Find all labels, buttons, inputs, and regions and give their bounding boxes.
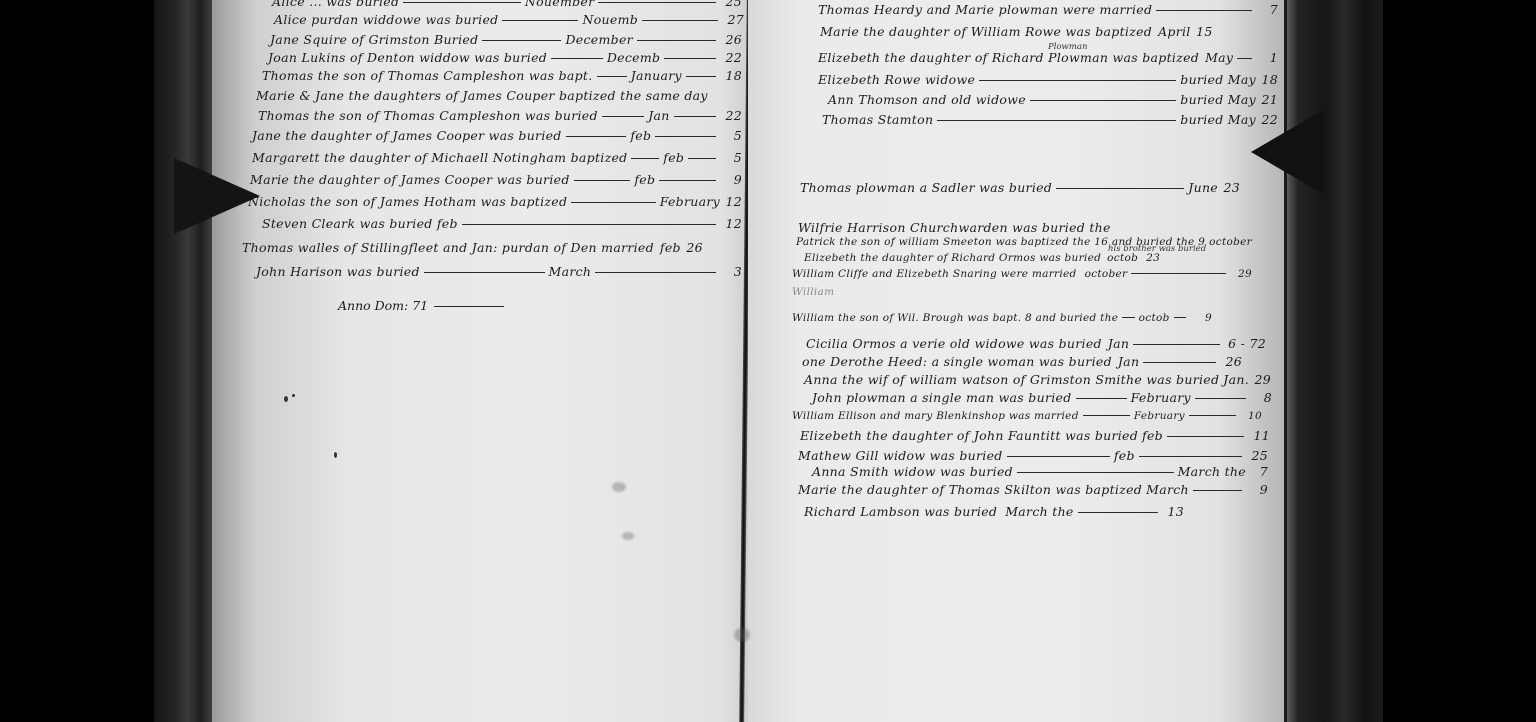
- left-clasp-shadow: [174, 158, 260, 234]
- register-entry: Elizebeth the daughter of John Fauntitt …: [800, 428, 1270, 443]
- register-entry: Thomas walles of Stillingfleet and Jan: …: [242, 240, 742, 255]
- register-entry: one Derothe Heed: a single woman was bur…: [802, 354, 1242, 369]
- register-entry: Thomas Heardy and Marie plowman were mar…: [818, 2, 1278, 17]
- register-entry: John plowman a single man was buried Feb…: [812, 390, 1272, 405]
- register-entry: Alice ... was buried Nouember 25: [272, 0, 742, 9]
- register-entry: Thomas Stamton buried May 22: [822, 112, 1278, 127]
- register-entry: Thomas the son of Thomas Campleshon was …: [258, 108, 742, 123]
- register-entry: Joan Lukins of Denton widdow was buried …: [268, 50, 742, 65]
- register-entry: Steven Cleark was buried feb 12: [262, 216, 742, 231]
- register-entry: William Cliffe and Elizebeth Snaring wer…: [792, 268, 1252, 280]
- register-entry: Marie & Jane the daughters of James Coup…: [256, 88, 742, 103]
- register-entry: Alice purdan widdowe was buried Nouemb 2…: [274, 12, 744, 27]
- register-entry: Elizebeth Rowe widowe buried May 18: [818, 72, 1278, 87]
- register-entry: Marie the daughter of Thomas Skilton was…: [798, 482, 1268, 497]
- register-entry: William Ellison and mary Blenkinshop was…: [792, 410, 1262, 422]
- right-binding-edge: [1287, 0, 1383, 722]
- manuscript-scan: Alice ... was buried Nouember 25 Alice p…: [154, 0, 1383, 722]
- ink-speck: [334, 452, 337, 458]
- ink-speck: [292, 394, 295, 397]
- right-clasp-shadow: [1251, 110, 1323, 194]
- register-entry: Elizebeth the daughter of Richard Plowma…: [818, 50, 1278, 65]
- register-entry: Anna the wif of william watson of Grimst…: [804, 372, 1274, 387]
- register-entry: Anna Smith widow was buried March the 7: [812, 464, 1268, 479]
- register-entry: Jane the daughter of James Cooper was bu…: [252, 128, 742, 143]
- stain: [734, 628, 750, 642]
- register-entry: Richard Lambson was buried March the 13: [804, 504, 1184, 519]
- register-entry: Marie the daughter of James Cooper was b…: [250, 172, 742, 187]
- ink-speck: [284, 396, 288, 402]
- left-binding-edge: [154, 0, 216, 722]
- register-entry: Elizebeth the daughter of Richard Ormos …: [804, 252, 1264, 264]
- stain: [622, 532, 634, 540]
- left-page: Alice ... was buried Nouember 25 Alice p…: [212, 0, 748, 722]
- register-entry: William the son of Wil. Brough was bapt.…: [792, 312, 1212, 324]
- stain: [612, 482, 626, 492]
- right-page: Thomas Heardy and Marie plowman were mar…: [748, 0, 1284, 722]
- register-entry: Marie the daughter of William Rowe was b…: [820, 24, 1278, 39]
- register-entry: Mathew Gill widow was buried feb 25: [798, 448, 1268, 463]
- register-entry: Margarett the daughter of Michaell Notin…: [252, 150, 742, 165]
- year-heading: Anno Dom: 71: [338, 298, 504, 313]
- register-entry: Wilfrie Harrison Churchwarden was buried…: [798, 220, 1098, 235]
- register-entry: Nicholas the son of James Hotham was bap…: [248, 194, 742, 209]
- register-entry: Jane Squire of Grimston Buried December …: [270, 32, 742, 47]
- register-entry: Ann Thomson and old widowe buried May 21: [828, 92, 1278, 107]
- register-entry: Thomas the son of Thomas Campleshon was …: [262, 68, 742, 83]
- register-entry: Thomas plowman a Sadler was buried June …: [800, 180, 1240, 195]
- register-entry-faint: William: [792, 286, 872, 298]
- register-entry: Cicilia Ormos a verie old widowe was bur…: [806, 336, 1266, 351]
- register-entry: John Harison was buried March 3: [256, 264, 742, 279]
